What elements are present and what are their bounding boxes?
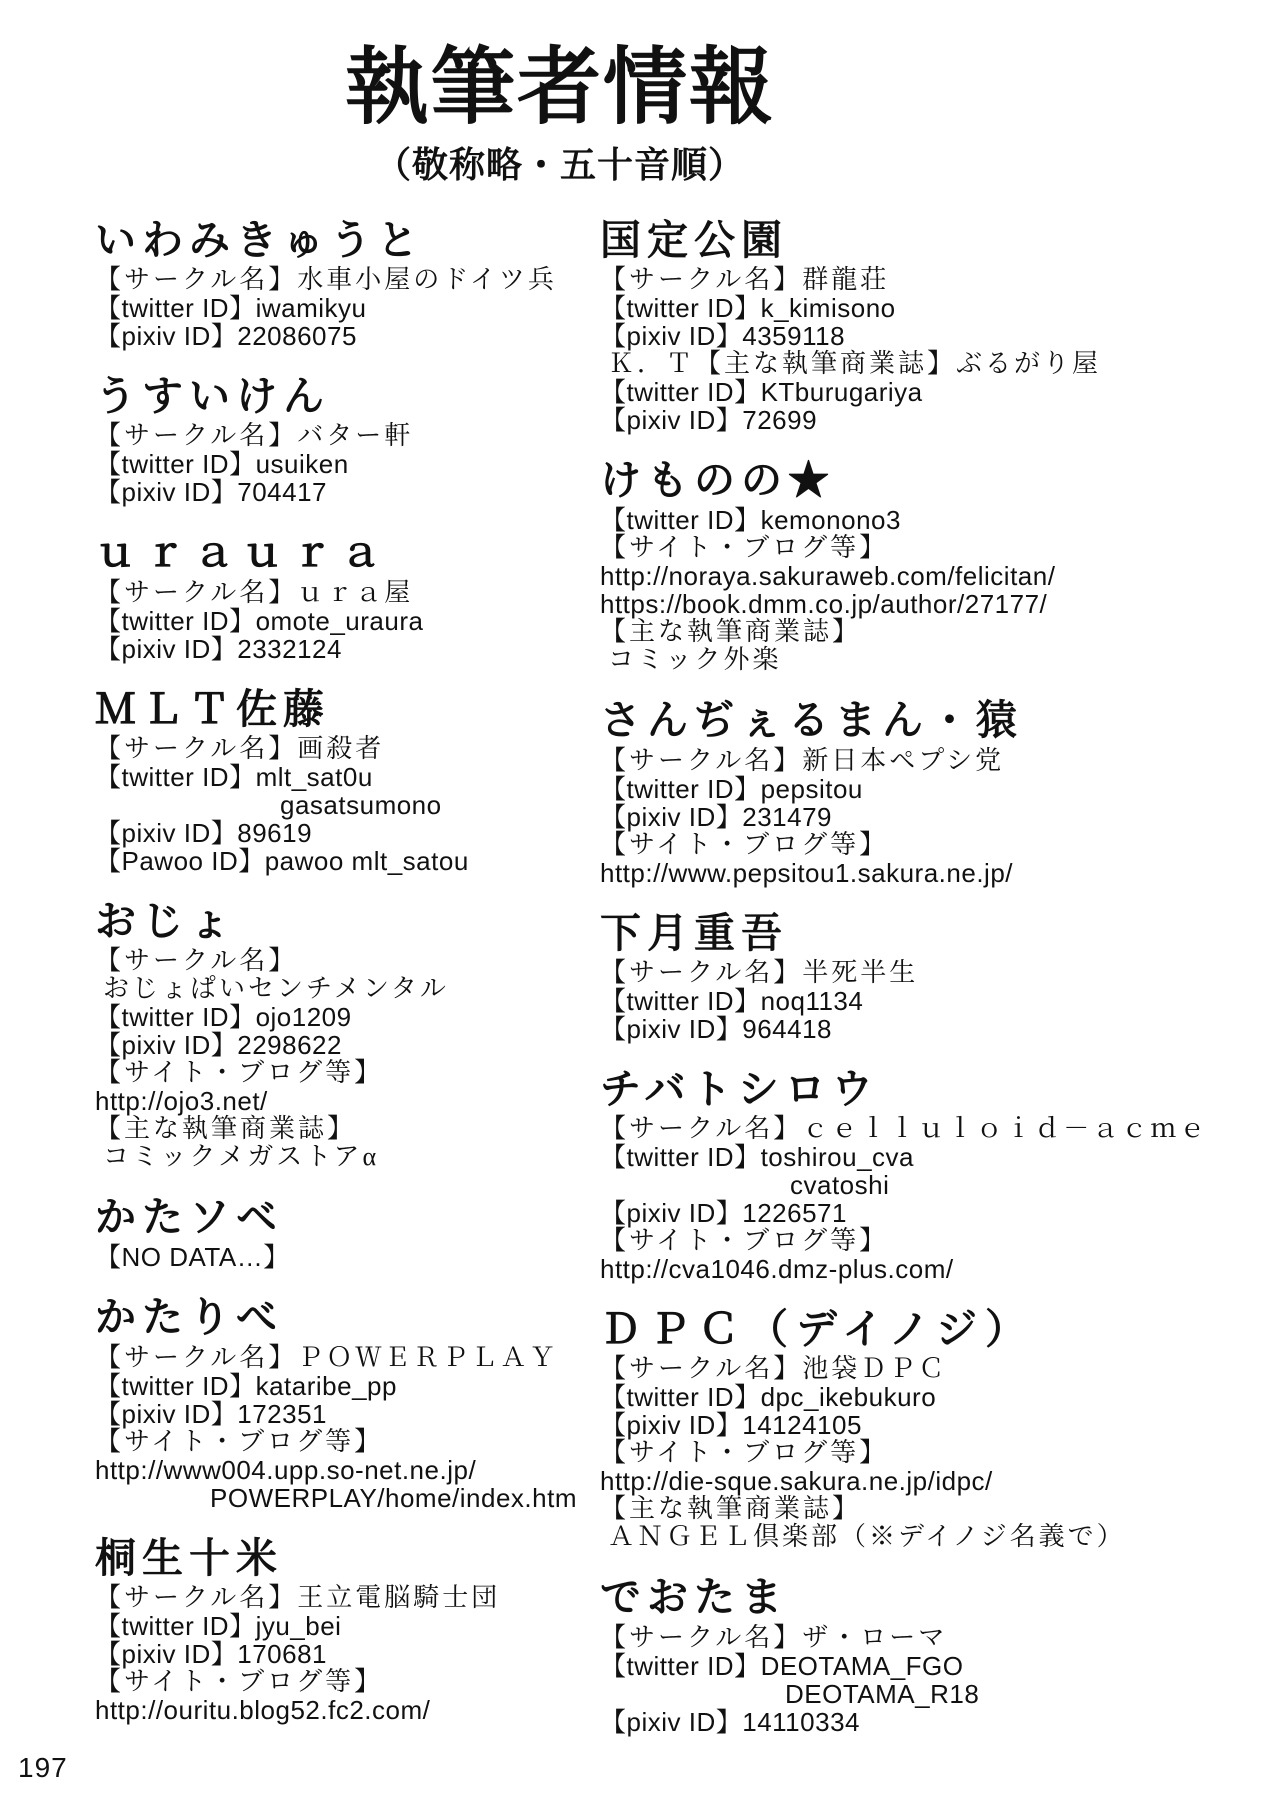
detail-line: 【twitter ID】mlt_sat0u bbox=[95, 763, 600, 791]
detail-line: 【twitter ID】dpc_ikebukuro bbox=[600, 1383, 1240, 1411]
detail-line: 【サークル名】 bbox=[95, 947, 600, 975]
author-details: 【サークル名】王立電脳騎士団【twitter ID】jyu_bei【pixiv … bbox=[95, 1584, 600, 1724]
author-name: かたりべ bbox=[95, 1295, 600, 1339]
detail-line: 【サイト・ブログ等】 bbox=[600, 1227, 1240, 1255]
author-entry: ＭＬＴ佐藤 【サークル名】画殺者【twitter ID】mlt_sat0ugas… bbox=[95, 687, 600, 875]
author-details: 【サークル名】水車小屋のドイツ兵【twitter ID】iwamikyu【pix… bbox=[95, 266, 600, 350]
author-details: 【サークル名】ＰＯＷＥＲＰＬＡＹ【twitter ID】kataribe_pp【… bbox=[95, 1344, 600, 1512]
detail-line: 【twitter ID】pepsitou bbox=[600, 775, 1240, 803]
detail-line: 【サイト・ブログ等】 bbox=[95, 1428, 600, 1456]
detail-line: ＡＮＧＥＬ倶楽部（※デイノジ名義で） bbox=[600, 1523, 1240, 1551]
detail-line: 【pixiv ID】170681 bbox=[95, 1640, 600, 1668]
author-entry: 国定公園 【サークル名】群龍荘【twitter ID】k_kimisono【pi… bbox=[600, 218, 1240, 434]
author-name: かたソベ bbox=[95, 1195, 600, 1239]
detail-line: 【pixiv ID】231479 bbox=[600, 803, 1240, 831]
page-number: 197 bbox=[18, 1752, 68, 1784]
author-name: チバトシロウ bbox=[600, 1067, 1240, 1111]
detail-line: 【サイト・ブログ等】 bbox=[600, 1439, 1240, 1467]
detail-line: 【pixiv ID】22086075 bbox=[95, 322, 600, 350]
detail-line: 【twitter ID】iwamikyu bbox=[95, 294, 600, 322]
detail-line: 【サークル名】半死半生 bbox=[600, 959, 1240, 987]
detail-line: http://ouritu.blog52.fc2.com/ bbox=[95, 1696, 600, 1724]
detail-line: 【twitter ID】k_kimisono bbox=[600, 294, 1240, 322]
author-details: 【サークル名】ザ・ローマ【twitter ID】DEOTAMA_FGODEOTA… bbox=[600, 1624, 1240, 1736]
detail-line: コミックメガストアα bbox=[95, 1143, 600, 1171]
detail-line: http://noraya.sakuraweb.com/felicitan/ bbox=[600, 562, 1240, 590]
document-page: 執筆者情報 （敬称略・五十音順） いわみきゅうと 【サークル名】水車小屋のドイツ… bbox=[0, 0, 1280, 1808]
detail-line: 【twitter ID】toshirou_cva bbox=[600, 1143, 1240, 1171]
author-entry: ｕｒａｕｒａ 【サークル名】ｕｒａ屋【twitter ID】omote_urau… bbox=[95, 530, 600, 662]
author-details: 【サークル名】群龍荘【twitter ID】k_kimisono【pixiv I… bbox=[600, 266, 1240, 434]
author-entry: おじょ 【サークル名】おじょぱいセンチメンタル【twitter ID】ojo12… bbox=[95, 899, 600, 1171]
detail-line: 【サークル名】群龍荘 bbox=[600, 266, 1240, 294]
detail-line: 【twitter ID】ojo1209 bbox=[95, 1003, 600, 1031]
detail-line: コミック外楽 bbox=[600, 646, 1240, 674]
author-details: 【サークル名】新日本ペプシ党【twitter ID】pepsitou【pixiv… bbox=[600, 747, 1240, 887]
detail-line: 【twitter ID】DEOTAMA_FGO bbox=[600, 1652, 1240, 1680]
detail-line: 【サークル名】王立電脳騎士団 bbox=[95, 1584, 600, 1612]
detail-line: 【twitter ID】jyu_bei bbox=[95, 1612, 600, 1640]
author-entry: けものの★ 【twitter ID】kemonono3【サイト・ブログ等】htt… bbox=[600, 458, 1240, 674]
author-entry: さんぢぇるまん・猿 【サークル名】新日本ペプシ党【twitter ID】peps… bbox=[600, 698, 1240, 886]
detail-line: 【twitter ID】usuiken bbox=[95, 450, 600, 478]
detail-line: 【twitter ID】noq1134 bbox=[600, 987, 1240, 1015]
detail-line: 【NO DATA…】 bbox=[95, 1243, 600, 1271]
detail-line: 【twitter ID】kemonono3 bbox=[600, 506, 1240, 534]
detail-line: 【pixiv ID】1226571 bbox=[600, 1199, 1240, 1227]
page-title: 執筆者情報 bbox=[0, 44, 1120, 135]
detail-line: 【pixiv ID】72699 bbox=[600, 406, 1240, 434]
author-name: でおたま bbox=[600, 1575, 1240, 1619]
author-entry: かたソベ 【NO DATA…】 bbox=[95, 1195, 600, 1271]
detail-line: 【twitter ID】kataribe_pp bbox=[95, 1372, 600, 1400]
author-name: 国定公園 bbox=[600, 218, 1240, 262]
detail-line: 【サークル名】バター軒 bbox=[95, 422, 600, 450]
author-entry: でおたま 【サークル名】ザ・ローマ【twitter ID】DEOTAMA_FGO… bbox=[600, 1575, 1240, 1735]
detail-line: 【サークル名】水車小屋のドイツ兵 bbox=[95, 266, 600, 294]
detail-line: DEOTAMA_R18 bbox=[600, 1680, 1240, 1708]
author-details: 【サークル名】おじょぱいセンチメンタル【twitter ID】ojo1209【p… bbox=[95, 947, 600, 1171]
left-column: いわみきゅうと 【サークル名】水車小屋のドイツ兵【twitter ID】iwam… bbox=[95, 218, 600, 1760]
author-details: 【サークル名】池袋ＤＰＣ【twitter ID】dpc_ikebukuro【pi… bbox=[600, 1355, 1240, 1551]
author-details: 【NO DATA…】 bbox=[95, 1243, 600, 1271]
author-name: ＤＰＣ（デイノジ） bbox=[600, 1307, 1240, 1351]
detail-line: http://die-sque.sakura.ne.jp/idpc/ bbox=[600, 1467, 1240, 1495]
detail-line: 【pixiv ID】172351 bbox=[95, 1400, 600, 1428]
detail-line: 【サイト・ブログ等】 bbox=[600, 534, 1240, 562]
detail-line: http://cva1046.dmz-plus.com/ bbox=[600, 1255, 1240, 1283]
detail-line: 【サークル名】ＰＯＷＥＲＰＬＡＹ bbox=[95, 1344, 600, 1372]
right-column: 国定公園 【サークル名】群龍荘【twitter ID】k_kimisono【pi… bbox=[600, 218, 1240, 1760]
author-details: 【サークル名】画殺者【twitter ID】mlt_sat0ugasatsumo… bbox=[95, 735, 600, 875]
detail-line: http://www004.upp.so-net.ne.jp/ bbox=[95, 1456, 600, 1484]
detail-line: https://book.dmm.co.jp/author/27177/ bbox=[600, 590, 1240, 618]
detail-line: 【サークル名】画殺者 bbox=[95, 735, 600, 763]
author-name: さんぢぇるまん・猿 bbox=[600, 698, 1240, 742]
author-name: ｕｒａｕｒａ bbox=[95, 530, 600, 574]
author-details: 【サークル名】ｕｒａ屋【twitter ID】omote_uraura【pixi… bbox=[95, 579, 600, 663]
detail-line: 【pixiv ID】14124105 bbox=[600, 1411, 1240, 1439]
detail-line: Ｋ．Ｔ【主な執筆商業誌】ぶるがり屋 bbox=[600, 350, 1240, 378]
author-entry: かたりべ 【サークル名】ＰＯＷＥＲＰＬＡＹ【twitter ID】katarib… bbox=[95, 1295, 600, 1511]
detail-line: 【pixiv ID】2298622 bbox=[95, 1031, 600, 1059]
detail-line: 【主な執筆商業誌】 bbox=[95, 1115, 600, 1143]
detail-line: おじょぱいセンチメンタル bbox=[95, 975, 600, 1003]
author-entry: うすいけん 【サークル名】バター軒【twitter ID】usuiken【pix… bbox=[95, 374, 600, 506]
detail-line: 【主な執筆商業誌】 bbox=[600, 618, 1240, 646]
author-entry: 桐生十米 【サークル名】王立電脳騎士団【twitter ID】jyu_bei【p… bbox=[95, 1536, 600, 1724]
detail-line: 【twitter ID】KTburugariya bbox=[600, 378, 1240, 406]
detail-line: 【twitter ID】omote_uraura bbox=[95, 607, 600, 635]
author-details: 【サークル名】ｃｅｌｌｕｌｏｉｄ－ａｃｍｅ【twitter ID】toshiro… bbox=[600, 1115, 1240, 1283]
detail-line: http://ojo3.net/ bbox=[95, 1087, 600, 1115]
author-name: けものの★ bbox=[600, 458, 1240, 502]
detail-line: 【サークル名】新日本ペプシ党 bbox=[600, 747, 1240, 775]
detail-line: gasatsumono bbox=[95, 791, 600, 819]
detail-line: 【サークル名】ザ・ローマ bbox=[600, 1624, 1240, 1652]
detail-line: 【サークル名】ｃｅｌｌｕｌｏｉｄ－ａｃｍｅ bbox=[600, 1115, 1240, 1143]
author-name: 桐生十米 bbox=[95, 1536, 600, 1580]
page-subtitle: （敬称略・五十音順） bbox=[0, 137, 1120, 188]
detail-line: POWERPLAY/home/index.htm bbox=[95, 1484, 600, 1512]
detail-line: 【pixiv ID】2332124 bbox=[95, 635, 600, 663]
author-name: おじょ bbox=[95, 899, 600, 943]
detail-line: 【pixiv ID】964418 bbox=[600, 1015, 1240, 1043]
author-details: 【サークル名】バター軒【twitter ID】usuiken【pixiv ID】… bbox=[95, 422, 600, 506]
detail-line: 【サイト・ブログ等】 bbox=[95, 1059, 600, 1087]
detail-line: 【pixiv ID】14110334 bbox=[600, 1708, 1240, 1736]
title-block: 執筆者情報 （敬称略・五十音順） bbox=[0, 0, 1120, 188]
detail-line: 【サークル名】池袋ＤＰＣ bbox=[600, 1355, 1240, 1383]
detail-line: cvatoshi bbox=[600, 1171, 1240, 1199]
author-details: 【サークル名】半死半生【twitter ID】noq1134【pixiv ID】… bbox=[600, 959, 1240, 1043]
author-entry: ＤＰＣ（デイノジ） 【サークル名】池袋ＤＰＣ【twitter ID】dpc_ik… bbox=[600, 1307, 1240, 1551]
detail-line: 【Pawoo ID】pawoo mlt_satou bbox=[95, 847, 600, 875]
author-entry: いわみきゅうと 【サークル名】水車小屋のドイツ兵【twitter ID】iwam… bbox=[95, 218, 600, 350]
detail-line: 【pixiv ID】89619 bbox=[95, 819, 600, 847]
detail-line: 【pixiv ID】4359118 bbox=[600, 322, 1240, 350]
author-details: 【twitter ID】kemonono3【サイト・ブログ等】http://no… bbox=[600, 506, 1240, 674]
author-name: うすいけん bbox=[95, 374, 600, 418]
detail-line: http://www.pepsitou1.sakura.ne.jp/ bbox=[600, 859, 1240, 887]
detail-line: 【主な執筆商業誌】 bbox=[600, 1495, 1240, 1523]
author-entry: チバトシロウ 【サークル名】ｃｅｌｌｕｌｏｉｄ－ａｃｍｅ【twitter ID】… bbox=[600, 1067, 1240, 1283]
detail-line: 【pixiv ID】704417 bbox=[95, 478, 600, 506]
detail-line: 【サイト・ブログ等】 bbox=[600, 831, 1240, 859]
detail-line: 【サイト・ブログ等】 bbox=[95, 1668, 600, 1696]
author-name: ＭＬＴ佐藤 bbox=[95, 687, 600, 731]
author-name: いわみきゅうと bbox=[95, 218, 600, 262]
author-name: 下月重吾 bbox=[600, 911, 1240, 955]
detail-line: 【サークル名】ｕｒａ屋 bbox=[95, 579, 600, 607]
author-columns: いわみきゅうと 【サークル名】水車小屋のドイツ兵【twitter ID】iwam… bbox=[0, 218, 1280, 1760]
author-entry: 下月重吾 【サークル名】半死半生【twitter ID】noq1134【pixi… bbox=[600, 911, 1240, 1043]
